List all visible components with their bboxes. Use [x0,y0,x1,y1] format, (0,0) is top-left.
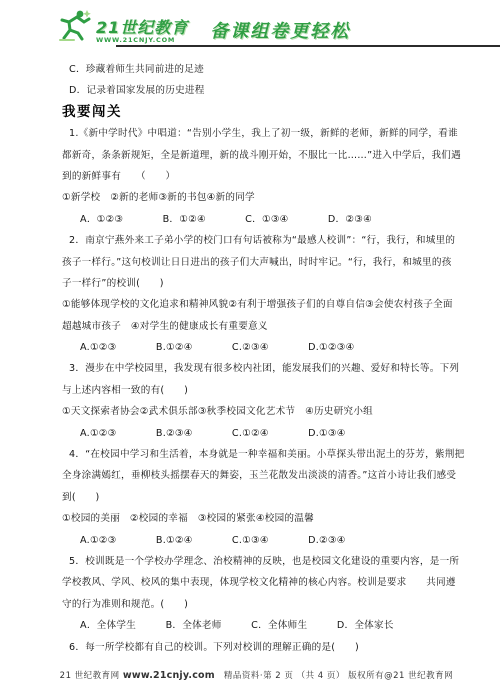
slogan-text: 备课组卷更轻松 [210,17,350,43]
brand-text: 21世纪教育 [96,20,188,36]
doc-line: 到( ) [62,487,454,508]
doc-line: A.①②③ B.②③④ C.①②④ D.①③④ [62,423,454,444]
logo: 21世纪教育 WWW.21CNJY.COM 备课组卷更轻松 [58,9,500,43]
doc-line: 5．校训既是一个学校办学理念、治校精神的反映，也是校园文化建设的重要内容，是一所 [62,551,454,572]
doc-line: 都新奇，条条新规矩，全是新道理，新的战斗刚开始，不服比一比……”进入中学后，我们… [62,145,454,166]
document-body: C．珍藏着师生共同前进的足迹 D．记录着国家发展的历史进程 我要闯关 1.《新中… [62,59,454,658]
doc-line: 6．每一所学校都有自己的校训。下列对校训的理解正确的是( ) [62,637,454,658]
doc-line: A．全体学生 B．全体老师 C．全体师生 D．全体家长 [62,615,454,636]
header: 21世纪教育 WWW.21CNJY.COM 备课组卷更轻松 [0,0,500,47]
doc-line: 超越城市孩子 ④对学生的健康成长有重要意义 [62,316,454,337]
runner-logo-icon [58,9,92,45]
doc-line: ①新学校 ②新的老师③新的书包④新的同学 [62,187,454,208]
doc-line: 2．南京宁燕外来工子弟小学的校门口有句话被称为“最感人校训”：“行，我行，和城里… [62,230,454,251]
doc-line: 守的行为准则和规范。( ) [62,594,454,615]
doc-line: A．①②③ B．①②④ C．①③④ D．②③④ [62,209,454,230]
brand-block: 21世纪教育 WWW.21CNJY.COM [96,20,188,44]
doc-line: 孩子一样行。”这句校训让日日进出的孩子们大声喊出，时时牢记。“行，我行，和城里的… [62,252,454,273]
footer: 21 世纪教育网 www.21cnjy.com 精品资料·第 2 页 （共 4 … [0,659,500,691]
doc-line: 子一样行”的校训( ) [62,273,454,294]
footer-site-url: www.21cnjy.com [123,670,215,681]
doc-line: ①天文探索者协会②武术俱乐部③秋季校园文化艺术节 ④历史研究小组 [62,401,454,422]
doc-line: C．珍藏着师生共同前进的足迹 [62,59,454,80]
section-heading: 我要闯关 [62,102,454,123]
doc-line: ①校园的美丽 ②校园的幸福 ③校园的紧张④校园的温馨 [62,508,454,529]
document-page: 21世纪教育 WWW.21CNJY.COM 备课组卷更轻松 C．珍藏着师生共同前… [0,0,500,692]
doc-line: 1.《新中学时代》中唱道：“告别小学生，我上了初一级，新鲜的老师，新鲜的同学，看… [62,123,454,144]
footer-site-name: 21 世纪教育网 [60,671,123,681]
doc-line: A.①②③ B.①②④ C.①③④ D.②③④ [62,530,454,551]
doc-line: D．记录着国家发展的历史进程 [62,80,454,101]
header-divider [116,45,500,47]
footer-page-info: 精品资料·第 2 页 （共 4 页） 版权所有@21 世纪教育网 [215,671,453,681]
doc-line: 学校教风、学风、校风的集中表现，体现学校文化精神的核心内容。校训是要求 共同遵 [62,572,454,593]
brand-site-url: WWW.21CNJY.COM [96,37,188,44]
doc-line: 3．漫步在中学校园里，我发现有很多校内社团，能发展我们的兴趣、爱好和特长等。下列 [62,358,454,379]
doc-line: 到的新鲜事有 （ ） [62,166,454,187]
doc-line: A.①②③ B.①②④ C.②③④ D.①②③④ [62,337,454,358]
doc-line: 4．“在校园中学习和生活着，本身就是一种幸福和美丽。小草探头带出泥土的芬芳，紫荆… [62,444,454,465]
doc-line: ①能够体现学校的文化追求和精神风貌②有利于增强孩子们的自尊自信③会使农村孩子全面 [62,294,454,315]
doc-line: 与上述内容相一致的有( ) [62,380,454,401]
doc-line: 全身涂满嫣红，垂柳枝头摇摆春天的舞姿，玉兰花散发出淡淡的清香。”这首小诗让我们感… [62,465,454,486]
